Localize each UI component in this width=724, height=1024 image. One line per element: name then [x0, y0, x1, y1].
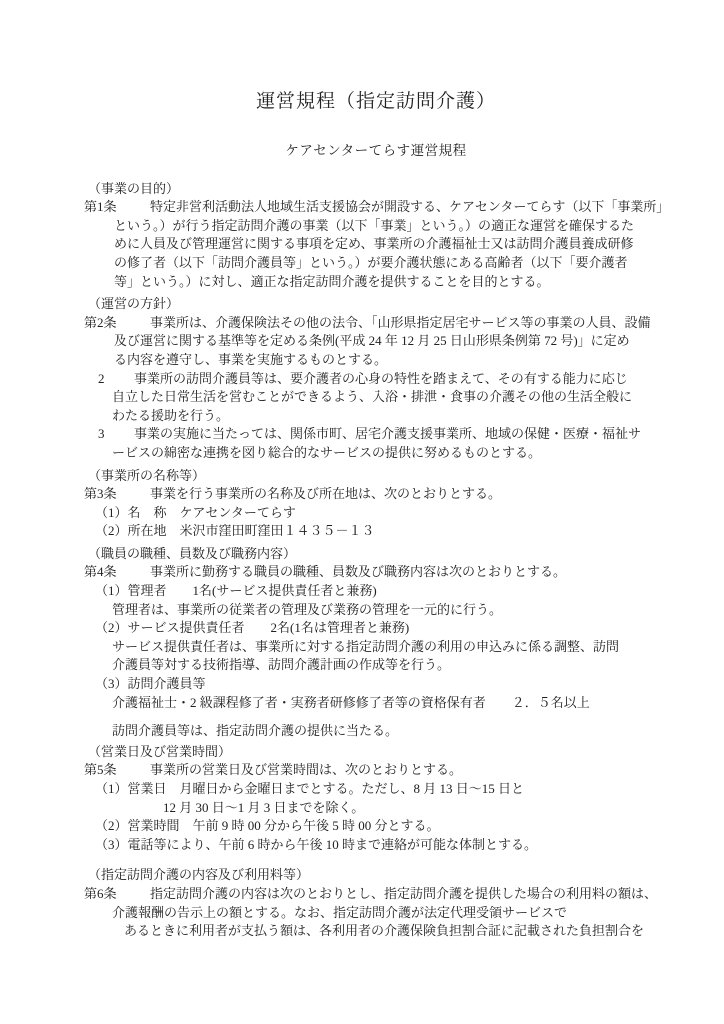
text-line: めに人員及び管理運営に関する事項を定め、事業所の介護福祉士又は訪問介護員養成研修 — [84, 235, 668, 254]
text-line: という。）が行う指定訪問介護の事業（以下「事業」という。）の適正な運営を確保する… — [84, 217, 668, 236]
item-name: （1）名 称 ケアセンターてらす — [84, 504, 668, 523]
section-heading: （職員の職種、員数及び職務内容） — [84, 545, 668, 564]
article-6-label: 第6条 — [84, 885, 117, 904]
text-line: る内容を遵守し、事業を実施するものとする。 — [84, 351, 668, 370]
document-subtitle: ケアセンターてらす運営規程 — [84, 142, 668, 161]
item-manager: （1）管理者 1名(サービス提供責任者と兼務) — [84, 582, 668, 601]
document-title: 運営規程（指定訪問介護） — [84, 88, 668, 116]
section-heading: （指定訪問介護の内容及び利用料等） — [84, 866, 668, 885]
text-line: 特定非営利活動法人地域生活支援協会が開設する、ケアセンターてらす（以下「事業所」 — [150, 199, 669, 214]
blank-space — [84, 712, 668, 722]
section-policy: （運営の方針） 第2条 事業所は、介護保険法その他の法令、「山形県指定居宅サービ… — [84, 295, 668, 462]
text-line: の修了者（以下「訪問介護員等」という。）が要介護状態にある高齢者（以下「要介護者 — [84, 254, 668, 273]
section-heading: （事業所の名称等） — [84, 467, 668, 486]
article-2-label: 第2条 — [84, 314, 117, 333]
item-business-days: （1）営業日 月曜日から金曜日までとする。ただし、8 月 13 日～15 日と — [84, 780, 668, 799]
text-line: 事業所の営業日及び営業時間は、次のとおりとする。 — [150, 762, 462, 777]
article-1-line: 第1条 特定非営利活動法人地域生活支援協会が開設する、ケアセンターてらす（以下「… — [84, 198, 668, 217]
text-line: 事業の実施に当たっては、関係市町、居宅介護支援事業所、地域の保健・医療・福祉サ — [134, 426, 641, 441]
text-line: 12 月 30 日～1 月 3 日までを除く。 — [84, 799, 668, 818]
sub-paragraph-3-label: 3 — [98, 425, 105, 444]
text-line: 自立した日常生活を営むことができるよう、入浴・排泄・食事の介護その他の生活全般に — [84, 388, 668, 407]
sub-paragraph-2-line: 2 事業所の訪問介護員等は、要介護者の心身の特性を踏まえて、その有する能力に応じ — [84, 370, 668, 389]
section-heading: （営業日及び営業時間） — [84, 743, 668, 762]
document-page: 運営規程（指定訪問介護） ケアセンターてらす運営規程 （事業の目的） 第1条 特… — [0, 0, 724, 1024]
section-office-name: （事業所の名称等） 第3条 事業を行う事業所の名称及び所在地は、次のとおりとする… — [84, 467, 668, 541]
sub-paragraph-2-label: 2 — [98, 370, 105, 389]
item-business-time: （2）営業時間 午前 9 時 00 分から午後 5 時 00 分とする。 — [84, 817, 668, 836]
article-6-line: 第6条 指定訪問介護の内容は次のとおりとし、指定訪問介護を提供した場合の利用料の… — [84, 885, 668, 904]
text-line: 介護員等対する技術指導、訪問介護計画の作成等を行う。 — [84, 656, 668, 675]
article-5-line: 第5条 事業所の営業日及び営業時間は、次のとおりとする。 — [84, 761, 668, 780]
text-line: あるときに利用者が支払う額は、各利用者の介護保険負担割合証に記載された負担割合を — [84, 922, 668, 941]
section-service-fees: （指定訪問介護の内容及び利用料等） 第6条 指定訪問介護の内容は次のとおりとし、… — [84, 866, 668, 940]
article-5-label: 第5条 — [84, 761, 117, 780]
article-3-line: 第3条 事業を行う事業所の名称及び所在地は、次のとおりとする。 — [84, 485, 668, 504]
sub-paragraph-3-line: 3 事業の実施に当たっては、関係市町、居宅介護支援事業所、地域の保健・医療・福祉… — [84, 425, 668, 444]
text-line: 管理者は、事業所の従業者の管理及び業務の管理を一元的に行う。 — [84, 601, 668, 620]
item-phone-contact: （3）電話等により、午前 6 時から午後 10 時まで連絡が可能な体制とする。 — [84, 836, 668, 855]
text-line: わたる援助を行う。 — [84, 407, 668, 426]
text-line: ービスの綿密な連携を図り総合的なサービスの提供に努めるものとする。 — [84, 444, 668, 463]
item-helpers: （3）訪問介護員等 — [84, 675, 668, 694]
text-line: サービス提供責任者は、事業所に対する指定訪問介護の利用の申込みに係る調整、訪問 — [84, 638, 668, 657]
text-line: 等」という。）に対し、適正な指定訪問介護を提供することを目的とする。 — [84, 273, 668, 292]
section-purpose: （事業の目的） 第1条 特定非営利活動法人地域生活支援協会が開設する、ケアセンタ… — [84, 180, 668, 292]
section-business-hours: （営業日及び営業時間） 第5条 事業所の営業日及び営業時間は、次のとおりとする。… — [84, 743, 668, 855]
article-2-line: 第2条 事業所は、介護保険法その他の法令、「山形県指定居宅サービス等の事業の人員… — [84, 314, 668, 333]
section-heading: （運営の方針） — [84, 295, 668, 314]
article-4-line: 第4条 事業所に勤務する職員の職種、員数及び職務内容は次のとおりとする。 — [84, 563, 668, 582]
text-line: 事業所の訪問介護員等は、要介護者の心身の特性を踏まえて、その有する能力に応じ — [134, 371, 628, 386]
text-line: 事業を行う事業所の名称及び所在地は、次のとおりとする。 — [150, 486, 501, 501]
text-line: 介護福祉士・2 級課程修了者・実務者研修修了者等の資格保有者 ２．５名以上 — [84, 694, 668, 713]
section-heading: （事業の目的） — [84, 180, 668, 199]
text-line: 指定訪問介護の内容は次のとおりとし、指定訪問介護を提供した場合の利用料の額は、 — [150, 886, 657, 901]
item-service-manager: （2）サービス提供責任者 2名(1名は管理者と兼務) — [84, 619, 668, 638]
article-3-label: 第3条 — [84, 485, 117, 504]
text-line: 事業所に勤務する職員の職種、員数及び職務内容は次のとおりとする。 — [150, 564, 566, 579]
text-line: 事業所は、介護保険法その他の法令、「山形県指定居宅サービス等の事業の人員、設備 — [150, 315, 651, 330]
text-line: 及び運営に関する基準等を定める条例(平成 24 年 12 月 25 日山形県条例… — [84, 332, 668, 351]
text-line: 訪問介護員等は、指定訪問介護の提供に当たる。 — [84, 722, 668, 741]
text-line: 介護報酬の告示上の額とする。なお、指定訪問介護が法定代理受領サービスで — [84, 904, 668, 923]
article-1-label: 第1条 — [84, 198, 117, 217]
article-4-label: 第4条 — [84, 563, 117, 582]
section-staff: （職員の職種、員数及び職務内容） 第4条 事業所に勤務する職員の職種、員数及び職… — [84, 545, 668, 741]
item-address: （2）所在地 米沢市窪田町窪田１４３５－１３ — [84, 522, 668, 541]
